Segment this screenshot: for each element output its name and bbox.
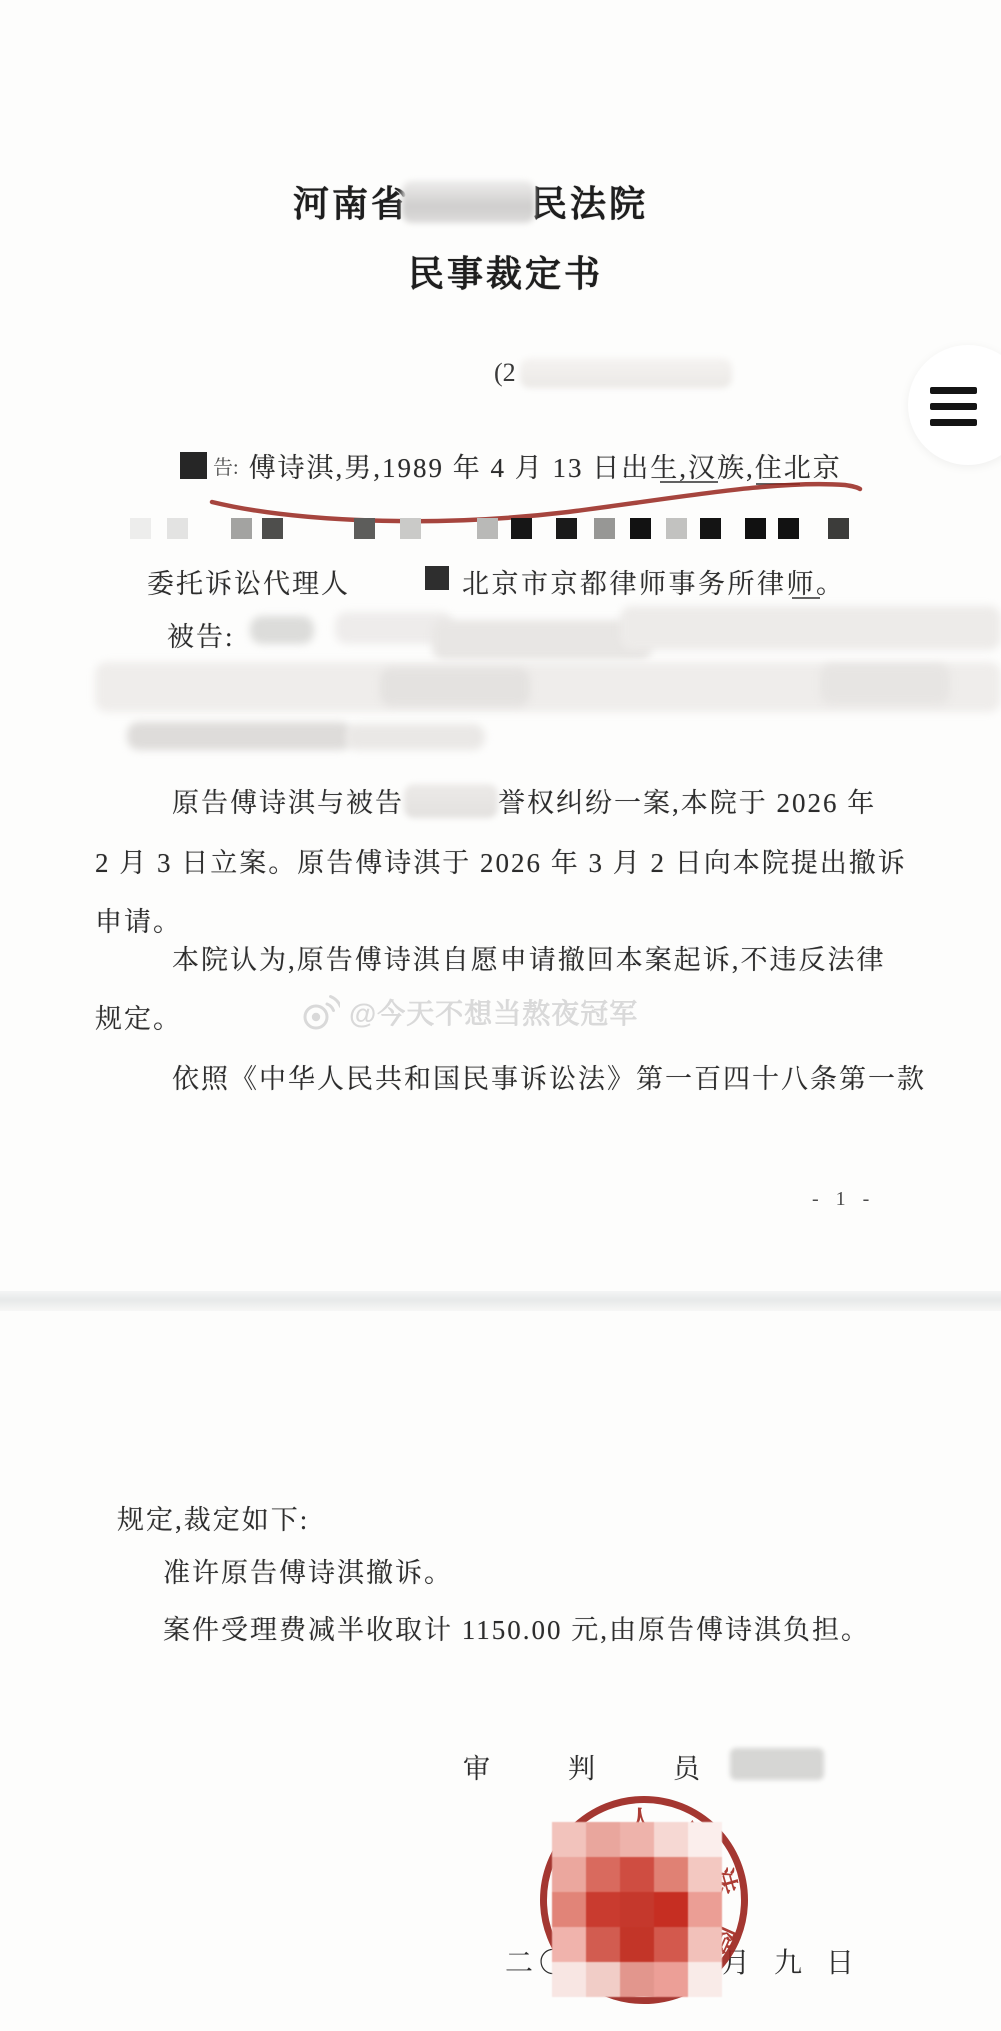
defendant-redaction-blur	[820, 664, 950, 704]
seal-mosaic-cell	[654, 1962, 688, 1997]
seal-mosaic-cell	[654, 1857, 688, 1892]
watermark: @今天不想当熬夜冠军	[300, 992, 638, 1032]
seal-mosaic-cell	[620, 1892, 654, 1927]
seal-mosaic	[552, 1822, 722, 1997]
defendant-redaction-blur	[250, 616, 314, 644]
redaction-square	[745, 518, 766, 539]
court-title-prefix: 河南省	[293, 176, 410, 227]
redaction-squares-row	[0, 518, 1001, 540]
ruling-item-1: 准许原告傅诗淇撤诉。	[163, 1551, 453, 1590]
seal-mosaic-cell	[620, 1927, 654, 1962]
paragraph-opinion-line2: 规定。	[95, 997, 182, 1036]
seal-mosaic-cell	[586, 1857, 620, 1892]
case-number-line: (2	[494, 358, 732, 388]
redaction-square	[262, 518, 283, 539]
watermark-text: @今天不想当熬夜冠军	[349, 992, 638, 1032]
judge-name-redaction-blur	[730, 1748, 824, 1780]
agent-suffix: 北京市京都律师事务所律师。	[462, 562, 846, 601]
seal-mosaic-cell	[688, 1962, 722, 1997]
redaction-square	[400, 518, 421, 539]
redaction-square	[556, 518, 577, 539]
paragraph-case-intro-line1: 原告傅诗淇与被告 誉权纠纷一案,本院于 2026 年	[172, 781, 876, 820]
seal-mosaic-cell	[586, 1822, 620, 1857]
case-number-redaction-blur	[520, 358, 732, 388]
redaction-square	[354, 518, 375, 539]
seal-mosaic-cell	[688, 1892, 722, 1927]
court-name-redaction-blur	[402, 181, 535, 223]
defendant-redaction-blur	[127, 722, 352, 750]
seal-mosaic-cell	[654, 1892, 688, 1927]
seal-mosaic-cell	[688, 1857, 722, 1892]
redaction-square	[666, 518, 687, 539]
defendant-redaction-blur	[380, 668, 530, 706]
paragraph-legal-basis: 依照《中华人民共和国民事诉讼法》第一百四十八条第一款	[172, 1057, 926, 1096]
defendant-redaction-blur	[432, 620, 652, 660]
page-number: - 1 -	[812, 1188, 875, 1211]
seal-mosaic-cell	[586, 1927, 620, 1962]
seal-mosaic-cell	[552, 1962, 586, 1997]
seal-mosaic-cell	[552, 1857, 586, 1892]
seal-mosaic-cell	[552, 1822, 586, 1857]
seal-mosaic-cell	[688, 1927, 722, 1962]
weibo-eye-icon	[300, 992, 340, 1032]
ruling-item-2: 案件受理费减半收取计 1150.00 元,由原告傅诗淇负担。	[163, 1608, 870, 1647]
seal-mosaic-cell	[654, 1822, 688, 1857]
case-number-visible: (2	[494, 358, 516, 388]
redaction-square	[477, 518, 498, 539]
redaction-square	[778, 518, 799, 539]
agent-prefix: 委托诉讼代理人	[147, 562, 350, 601]
redaction-square	[130, 518, 151, 539]
court-title-suffix: 民法院	[531, 176, 648, 227]
defendant-label: 被告:	[167, 615, 235, 654]
redaction-square	[700, 518, 721, 539]
seal-mosaic-cell	[654, 1927, 688, 1962]
redaction-square	[167, 518, 188, 539]
seal-mosaic-cell	[688, 1822, 722, 1857]
seal-mosaic-cell	[620, 1857, 654, 1892]
paragraph-case-intro-line2: 2 月 3 日立案。原告傅诗淇于 2026 年 3 月 2 日向本院提出撤诉	[95, 841, 907, 880]
redaction-square	[231, 518, 252, 539]
redaction-square	[828, 518, 849, 539]
defendant-redaction-blur	[620, 606, 1001, 650]
case-intro-l1b: 誉权纠纷一案,本院于 2026 年	[498, 781, 876, 820]
proofreading-mark	[792, 597, 820, 599]
seal-mosaic-cell	[586, 1962, 620, 1997]
page-divider	[0, 1291, 1001, 1311]
menu-button[interactable]	[908, 345, 1001, 465]
court-title-line: 河南省 民法院	[293, 176, 648, 227]
paragraph-opinion-line1: 本院认为,原告傅诗淇自愿申请撤回本案起诉,不违反法律	[172, 938, 886, 977]
case-intro-redaction-blur	[404, 784, 498, 818]
redaction-square	[630, 518, 651, 539]
paragraph-case-intro-line3: 申请。	[95, 900, 182, 939]
seal-mosaic-cell	[552, 1892, 586, 1927]
doc-type-title: 民事裁定书	[408, 246, 603, 297]
seal-mosaic-cell	[552, 1927, 586, 1962]
seal-mosaic-cell	[620, 1822, 654, 1857]
defendant-redaction-blur	[345, 724, 485, 750]
case-intro-l1a: 原告傅诗淇与被告	[172, 781, 404, 820]
redaction-square	[511, 518, 532, 539]
ruling-intro-line: 规定,裁定如下:	[117, 1498, 309, 1537]
agent-redaction-square	[425, 566, 449, 590]
seal-mosaic-cell	[620, 1962, 654, 1997]
seal-mosaic-cell	[586, 1892, 620, 1927]
redaction-square	[594, 518, 615, 539]
